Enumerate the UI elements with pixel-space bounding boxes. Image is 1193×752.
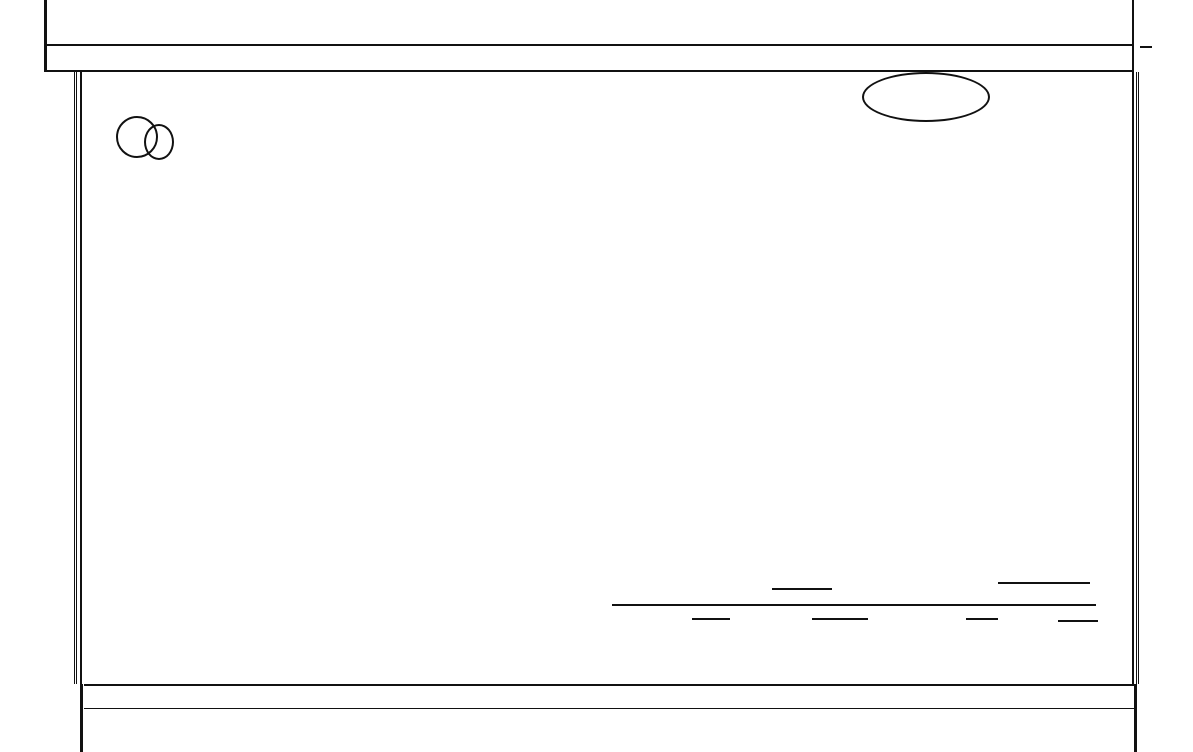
field-ce-blank (998, 582, 1090, 584)
count-circle (862, 72, 990, 122)
field-row-1 (612, 560, 1096, 600)
frame-bottom-right (1134, 684, 1137, 752)
frame-left (80, 72, 82, 684)
frame-top-left (44, 0, 47, 72)
left-number-column (44, 72, 77, 684)
analysis-card (0, 0, 1193, 752)
frame-right (1132, 72, 1134, 684)
right-number-column (1136, 72, 1169, 684)
bottom-notch-row (84, 706, 1136, 752)
frame-bottom-left (80, 684, 83, 752)
top-number-row (44, 44, 1134, 72)
field-de-blank (692, 618, 730, 620)
field-vs-blank (1058, 620, 1098, 622)
pts-circle-2 (144, 124, 174, 160)
field-row-2 (612, 606, 1096, 634)
corner-dash (1140, 46, 1152, 48)
field-ld-blank (966, 618, 998, 620)
top-notch-row (60, 4, 1130, 44)
card-footer (92, 652, 1132, 667)
frame-top-right (1132, 0, 1134, 72)
field-em-blank (772, 588, 832, 590)
field-sz-blank (812, 618, 868, 620)
